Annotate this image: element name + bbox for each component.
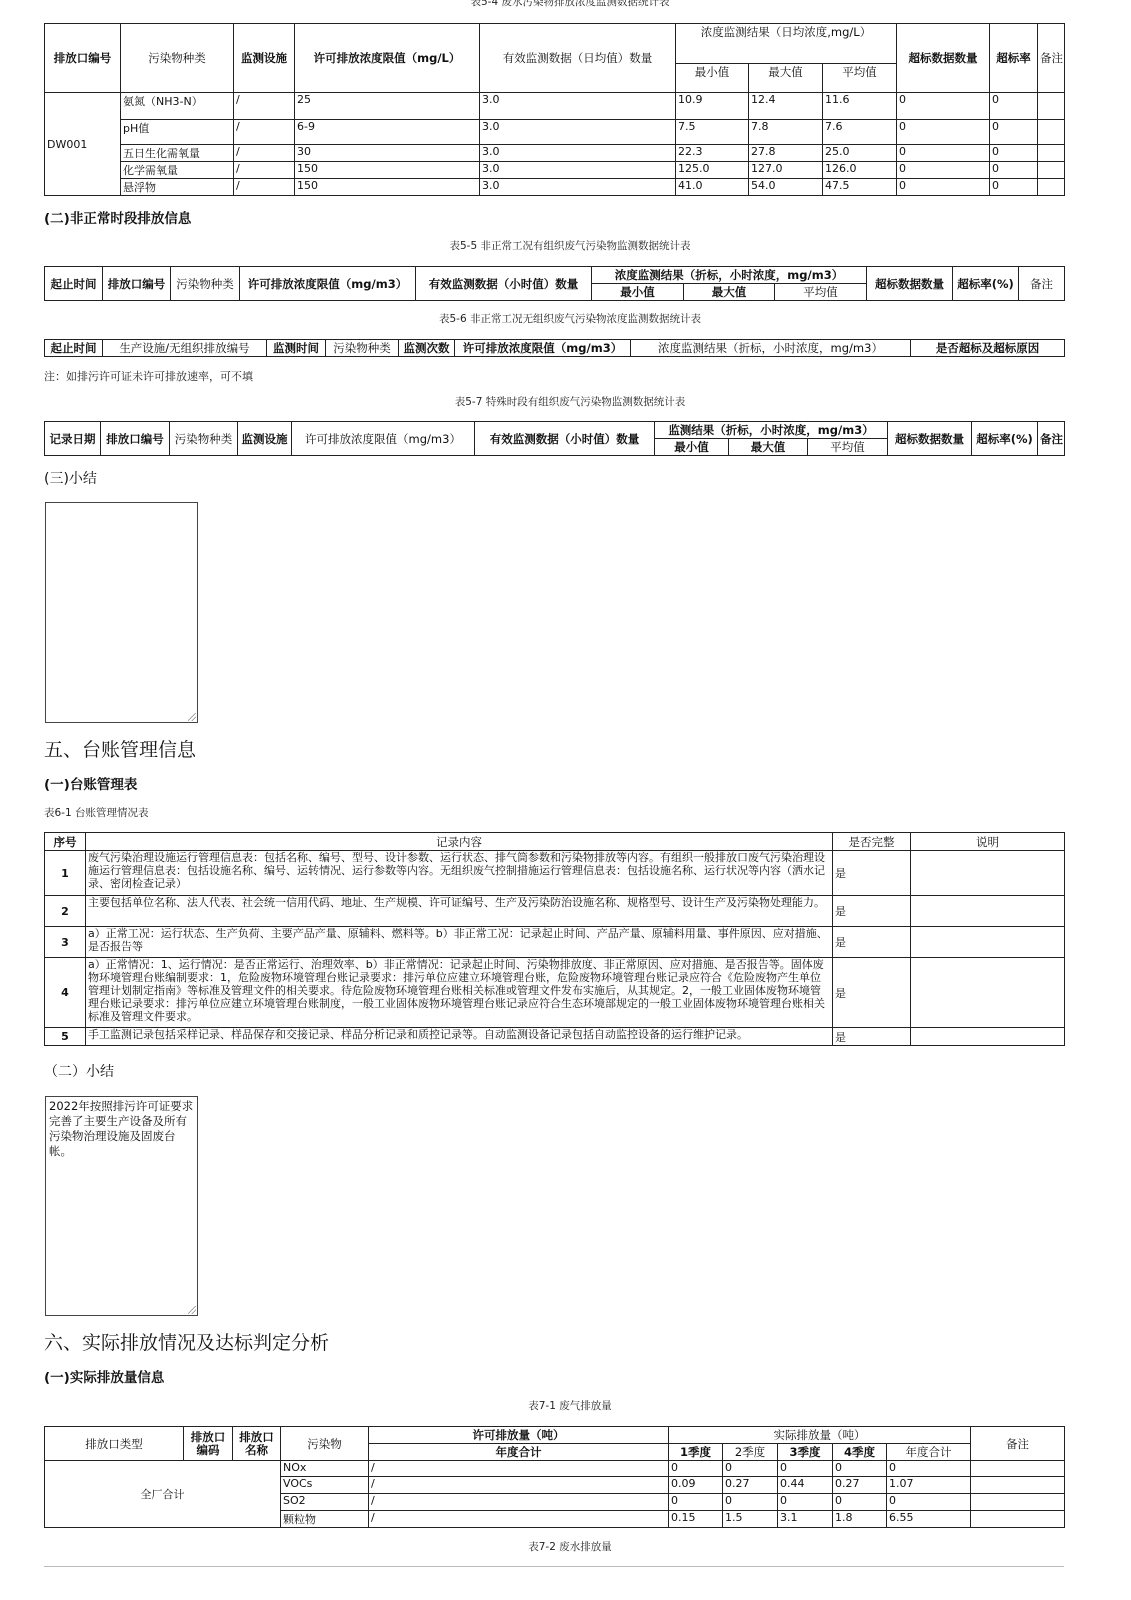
header-outlet-id: 排放口编号 — [45, 24, 121, 93]
cell-min: 125.0 — [676, 162, 749, 179]
cell-pollutant: SO2 — [281, 1494, 369, 1511]
cell-q3: 0 — [778, 1494, 833, 1511]
cell-remark — [971, 1511, 1065, 1528]
table-5-4: 排放口编号 污染物种类 监测设施 许可排放浓度限值（mg/L） 有效监测数据（日… — [44, 23, 1065, 196]
t55-header-period: 起止时间 — [45, 267, 103, 301]
t71-header-permit-group: 许可排放量（吨） — [369, 1427, 669, 1444]
t71-header-permit-annual: 年度合计 — [369, 1444, 669, 1461]
t56-header-exceed: 是否超标及超标原因 — [911, 340, 1065, 357]
record-content: 手工监测记录包括采样记录、样品保存和交接记录、样品分析记录和质控记录等。自动监测… — [86, 1028, 833, 1046]
cell-annual: 6.55 — [887, 1511, 971, 1528]
t55-header-remark: 备注 — [1019, 267, 1065, 301]
table-row: DW001氨氮（NH3-N）/253.010.912.411.600 — [45, 93, 1065, 120]
cell-avg: 7.6 — [823, 120, 897, 145]
cell-avg: 47.5 — [823, 179, 897, 196]
complete-flag: 是 — [833, 851, 911, 896]
t56-header-period: 起止时间 — [45, 340, 103, 357]
table-row: 4a）正常情况：1、运行情况：是否正常运行、治理效率、b）非正常情况：记录起止时… — [45, 958, 1065, 1028]
table-row: 3a）正常工况：运行状态、生产负荷、主要产品产量、原辅料、燃料等。b）非正常工况… — [45, 927, 1065, 958]
cell-facility: / — [234, 93, 295, 120]
section-5-sub1: (一)台账管理表 — [44, 773, 137, 793]
table-6-1-caption: 表6-1 台账管理情况表 — [44, 805, 149, 820]
summary-3-title: (三)小结 — [44, 468, 97, 488]
cell-q1: 0.09 — [669, 1477, 723, 1494]
cell-facility: / — [234, 162, 295, 179]
table-5-4-caption: 表5-4 废水污染物排放浓度监测数据统计表 — [380, 0, 760, 9]
cell-avg: 11.6 — [823, 93, 897, 120]
cell-remark — [971, 1494, 1065, 1511]
cell-limit: 25 — [295, 93, 480, 120]
cell-min: 41.0 — [676, 179, 749, 196]
header-limit: 许可排放浓度限值（mg/L） — [295, 24, 480, 93]
table-6-1: 序号 记录内容 是否完整 说明 1废气污染治理设施运行管理信息表：包括名称、编号… — [44, 832, 1065, 1046]
complete-flag: 是 — [833, 1028, 911, 1046]
t57-header-avg: 平均值 — [808, 439, 888, 456]
section-5-title: 五、台账管理信息 — [44, 735, 196, 762]
cell-q1: 0 — [669, 1494, 723, 1511]
cell-q3: 0.44 — [778, 1477, 833, 1494]
t71-header-q1: 1季度 — [669, 1444, 723, 1461]
cell-q2: 0 — [723, 1494, 778, 1511]
cell-q2: 0.27 — [723, 1477, 778, 1494]
cell-remark — [1038, 120, 1065, 145]
cell-min: 10.9 — [676, 93, 749, 120]
table-5-7-caption: 表5-7 特殊时段有组织废气污染物监测数据统计表 — [380, 394, 760, 409]
cell-limit: 150 — [295, 179, 480, 196]
row-number: 5 — [45, 1028, 86, 1046]
group-label: 全厂合计 — [45, 1461, 281, 1528]
description — [911, 896, 1065, 927]
table-5-7: 记录日期 排放口编号 污染物种类 监测设施 许可排放浓度限值（mg/m3） 有效… — [44, 421, 1065, 456]
t71-header-annual: 年度合计 — [887, 1444, 971, 1461]
cell-max: 54.0 — [749, 179, 823, 196]
cell-annual: 1.07 — [887, 1477, 971, 1494]
t57-header-date: 记录日期 — [45, 422, 101, 456]
resize-handle-icon[interactable] — [188, 1306, 196, 1314]
section-6-title: 六、实际排放情况及达标判定分析 — [44, 1328, 329, 1355]
t55-header-exceed-rate: 超标率(%) — [953, 267, 1019, 301]
cell-max: 27.8 — [749, 145, 823, 162]
cell-exceed-rate: 0 — [990, 93, 1038, 120]
t55-header-valid-count: 有效监测数据（小时值）数量 — [416, 267, 592, 301]
t61-header-no: 序号 — [45, 833, 86, 851]
t55-header-min: 最小值 — [592, 284, 684, 301]
complete-flag: 是 — [833, 927, 911, 958]
cell-limit: 30 — [295, 145, 480, 162]
cell-q2: 0 — [723, 1461, 778, 1477]
cell-limit: 6-9 — [295, 120, 480, 145]
cell-remark — [1038, 145, 1065, 162]
description — [911, 927, 1065, 958]
table-7-2-top-border — [44, 1566, 1064, 1567]
t56-header-facility-id: 生产设施/无组织排放编号 — [103, 340, 267, 357]
table-row: 5手工监测记录包括采样记录、样品保存和交接记录、样品分析记录和质控记录等。自动监… — [45, 1028, 1065, 1046]
cell-annual: 0 — [887, 1461, 971, 1477]
cell-remark — [1038, 162, 1065, 179]
outlet-id-cell: DW001 — [45, 93, 121, 196]
t57-header-exceed-count: 超标数据数量 — [888, 422, 972, 456]
t56-header-monitor-time: 监测时间 — [267, 340, 326, 357]
cell-pollutant: 氨氮（NH3-N） — [121, 93, 234, 120]
cell-valid-count: 3.0 — [480, 179, 676, 196]
cell-exceed-count: 0 — [897, 162, 990, 179]
table-5-6-caption: 表5-6 非正常工况无组织废气污染物浓度监测数据统计表 — [380, 311, 760, 326]
cell-limit: 150 — [295, 162, 480, 179]
t55-header-limit: 许可排放浓度限值（mg/m3） — [240, 267, 416, 301]
header-result-group: 浓度监测结果（日均浓度,mg/L） — [676, 24, 897, 64]
cell-q2: 1.5 — [723, 1511, 778, 1528]
t71-header-outlet-type: 排放口类型 — [45, 1427, 184, 1461]
t57-header-max: 最大值 — [729, 439, 808, 456]
cell-exceed-rate: 0 — [990, 179, 1038, 196]
table-5-5: 起止时间 排放口编号 污染物种类 许可排放浓度限值（mg/m3） 有效监测数据（… — [44, 266, 1065, 301]
cell-q4: 0 — [833, 1494, 887, 1511]
cell-valid-count: 3.0 — [480, 162, 676, 179]
cell-pollutant: 颗粒物 — [281, 1511, 369, 1528]
t57-header-pollutant: 污染物种类 — [170, 422, 238, 456]
cell-q1: 0 — [669, 1461, 723, 1477]
t61-header-content: 记录内容 — [86, 833, 833, 851]
cell-exceed-rate: 0 — [990, 162, 1038, 179]
cell-q1: 0.15 — [669, 1511, 723, 1528]
complete-flag: 是 — [833, 896, 911, 927]
description — [911, 1028, 1065, 1046]
header-facility: 监测设施 — [234, 24, 295, 93]
cell-facility: / — [234, 145, 295, 162]
cell-valid-count: 3.0 — [480, 120, 676, 145]
table-7-2-caption: 表7-2 废水排放量 — [380, 1539, 760, 1554]
record-content: a）正常情况：1、运行情况：是否正常运行、治理效率、b）非正常情况：记录起止时间… — [86, 958, 833, 1028]
record-content: 废气污染治理设施运行管理信息表：包括名称、编号、型号、设计参数、运行状态、排气筒… — [86, 851, 833, 896]
cell-avg: 25.0 — [823, 145, 897, 162]
t57-header-remark: 备注 — [1038, 422, 1065, 456]
t55-header-max: 最大值 — [684, 284, 775, 301]
t71-header-q2: 2季度 — [723, 1444, 778, 1461]
description — [911, 851, 1065, 896]
header-valid-count: 有效监测数据（日均值）数量 — [480, 24, 676, 93]
t55-header-avg: 平均值 — [775, 284, 867, 301]
header-pollutant: 污染物种类 — [121, 24, 234, 93]
t55-header-exceed-count: 超标数据数量 — [867, 267, 953, 301]
cell-pollutant: 化学需氧量 — [121, 162, 234, 179]
table-5-6-note: 注：如排污许可证未许可排放速率，可不填 — [44, 368, 253, 384]
t56-header-limit: 许可排放浓度限值（mg/m3） — [455, 340, 631, 357]
t57-header-facility: 监测设施 — [238, 422, 292, 456]
cell-exceed-count: 0 — [897, 179, 990, 196]
table-row: 全厂合计NOx/00000 — [45, 1461, 1065, 1477]
t57-header-valid-count: 有效监测数据（小时值）数量 — [475, 422, 655, 456]
cell-valid-count: 3.0 — [480, 93, 676, 120]
table-row: 1废气污染治理设施运行管理信息表：包括名称、编号、型号、设计参数、运行状态、排气… — [45, 851, 1065, 896]
t61-header-complete: 是否完整 — [833, 833, 911, 851]
cell-max: 127.0 — [749, 162, 823, 179]
table-7-1-caption: 表7-1 废气排放量 — [380, 1398, 760, 1413]
summary-3-textarea[interactable] — [45, 502, 198, 723]
t71-header-q3: 3季度 — [778, 1444, 833, 1461]
t56-header-result: 浓度监测结果（折标，小时浓度，mg/m3） — [631, 340, 911, 357]
header-max: 最大值 — [749, 64, 823, 93]
t57-header-outlet: 排放口编号 — [101, 422, 170, 456]
cell-max: 12.4 — [749, 93, 823, 120]
t56-header-pollutant: 污染物种类 — [326, 340, 399, 357]
cell-permit: / — [369, 1511, 669, 1528]
header-avg: 平均值 — [823, 64, 897, 93]
cell-min: 22.3 — [676, 145, 749, 162]
table-row: pH值/6-93.07.57.87.600 — [45, 120, 1065, 145]
table-7-1: 排放口类型 排放口编码 排放口名称 污染物 许可排放量（吨） 实际排放量（吨） … — [44, 1426, 1065, 1528]
cell-annual: 0 — [887, 1494, 971, 1511]
record-content: 主要包括单位名称、法人代表、社会统一信用代码、地址、生产规模、许可证编号、生产及… — [86, 896, 833, 927]
cell-exceed-count: 0 — [897, 120, 990, 145]
table-5-5-caption: 表5-5 非正常工况有组织废气污染物监测数据统计表 — [380, 238, 760, 253]
t56-header-monitor-count: 监测次数 — [399, 340, 455, 357]
t55-header-result-group: 浓度监测结果（折标，小时浓度，mg/m3） — [592, 267, 867, 284]
row-number: 2 — [45, 896, 86, 927]
t57-header-result-group: 监测结果（折标，小时浓度，mg/m3） — [655, 422, 888, 439]
header-min: 最小值 — [676, 64, 749, 93]
cell-remark — [971, 1477, 1065, 1494]
table-row: 化学需氧量/1503.0125.0127.0126.000 — [45, 162, 1065, 179]
summary-5-text: 2022年按照排污许可证要求完善了主要生产设备及所有污染物治理设施及固废台帐。 — [49, 1099, 193, 1158]
section-6-sub1: (一)实际排放量信息 — [44, 1366, 164, 1386]
section-5-sub2: （二）小结 — [44, 1061, 114, 1081]
t71-header-outlet-code: 排放口编码 — [184, 1427, 233, 1461]
header-exceed-rate: 超标率 — [990, 24, 1038, 93]
cell-q4: 0.27 — [833, 1477, 887, 1494]
cell-q4: 1.8 — [833, 1511, 887, 1528]
t71-header-actual-group: 实际排放量（吨） — [669, 1427, 971, 1444]
t71-header-outlet-name: 排放口名称 — [233, 1427, 281, 1461]
summary-5-textarea[interactable]: 2022年按照排污许可证要求完善了主要生产设备及所有污染物治理设施及固废台帐。 — [45, 1096, 198, 1316]
description — [911, 958, 1065, 1028]
row-number: 3 — [45, 927, 86, 958]
cell-permit: / — [369, 1461, 669, 1477]
table-row: 悬浮物/1503.041.054.047.500 — [45, 179, 1065, 196]
cell-remark — [1038, 93, 1065, 120]
resize-handle-icon[interactable] — [188, 713, 196, 721]
cell-pollutant: pH值 — [121, 120, 234, 145]
complete-flag: 是 — [833, 958, 911, 1028]
t55-header-outlet: 排放口编号 — [103, 267, 171, 301]
cell-exceed-count: 0 — [897, 145, 990, 162]
section-abnormal-title: (二)非正常时段排放信息 — [44, 207, 191, 227]
cell-remark — [971, 1461, 1065, 1477]
t57-header-limit: 许可排放浓度限值（mg/m3） — [292, 422, 475, 456]
cell-remark — [1038, 179, 1065, 196]
cell-q4: 0 — [833, 1461, 887, 1477]
cell-facility: / — [234, 120, 295, 145]
cell-q3: 0 — [778, 1461, 833, 1477]
cell-q3: 3.1 — [778, 1511, 833, 1528]
cell-max: 7.8 — [749, 120, 823, 145]
cell-facility: / — [234, 179, 295, 196]
t55-header-pollutant: 污染物种类 — [171, 267, 240, 301]
row-number: 1 — [45, 851, 86, 896]
table-5-6: 起止时间 生产设施/无组织排放编号 监测时间 污染物种类 监测次数 许可排放浓度… — [44, 339, 1065, 357]
header-remark: 备注 — [1038, 24, 1065, 93]
cell-permit: / — [369, 1477, 669, 1494]
t61-header-desc: 说明 — [911, 833, 1065, 851]
cell-avg: 126.0 — [823, 162, 897, 179]
cell-pollutant: 五日生化需氧量 — [121, 145, 234, 162]
t57-header-exceed-rate: 超标率(%) — [972, 422, 1038, 456]
t71-header-remark: 备注 — [971, 1427, 1065, 1461]
cell-pollutant: NOx — [281, 1461, 369, 1477]
cell-permit: / — [369, 1494, 669, 1511]
table-row: 2主要包括单位名称、法人代表、社会统一信用代码、地址、生产规模、许可证编号、生产… — [45, 896, 1065, 927]
row-number: 4 — [45, 958, 86, 1028]
cell-min: 7.5 — [676, 120, 749, 145]
cell-exceed-rate: 0 — [990, 120, 1038, 145]
cell-exceed-rate: 0 — [990, 145, 1038, 162]
table-row: 五日生化需氧量/303.022.327.825.000 — [45, 145, 1065, 162]
cell-exceed-count: 0 — [897, 93, 990, 120]
t57-header-min: 最小值 — [655, 439, 729, 456]
cell-pollutant: 悬浮物 — [121, 179, 234, 196]
t71-header-pollutant: 污染物 — [281, 1427, 369, 1461]
record-content: a）正常工况：运行状态、生产负荷、主要产品产量、原辅料、燃料等。b）非正常工况：… — [86, 927, 833, 958]
t71-header-q4: 4季度 — [833, 1444, 887, 1461]
cell-pollutant: VOCs — [281, 1477, 369, 1494]
header-exceed-count: 超标数据数量 — [897, 24, 990, 93]
cell-valid-count: 3.0 — [480, 145, 676, 162]
